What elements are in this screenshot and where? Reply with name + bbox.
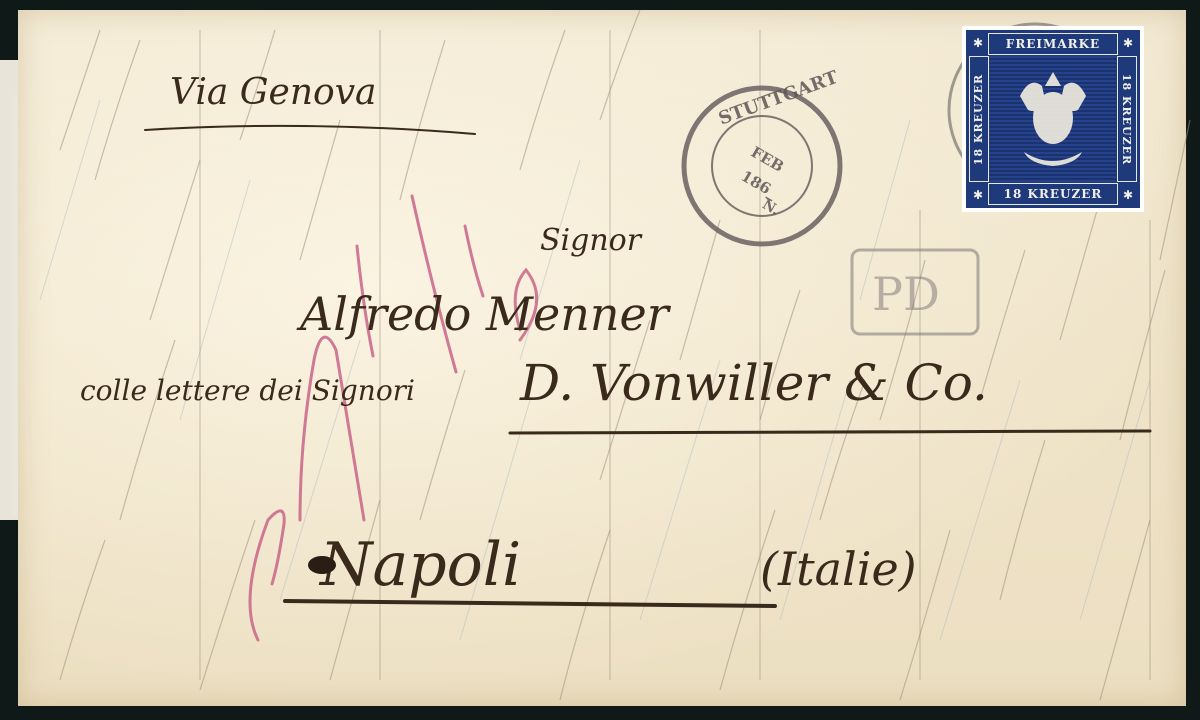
firm-name: D. Vonwiller & Co. — [519, 354, 988, 412]
salutation: Signor — [540, 223, 643, 258]
manuscript-address: Via Genova Signor Alfredo Menner colle l… — [0, 0, 1200, 720]
city-name: Napoli — [318, 530, 521, 600]
country-name: (Italie) — [760, 542, 917, 596]
addressee-name: Alfredo Menner — [296, 287, 672, 341]
care-of-line: colle lettere dei Signori — [80, 374, 415, 407]
routing-note: Via Genova — [170, 72, 377, 113]
